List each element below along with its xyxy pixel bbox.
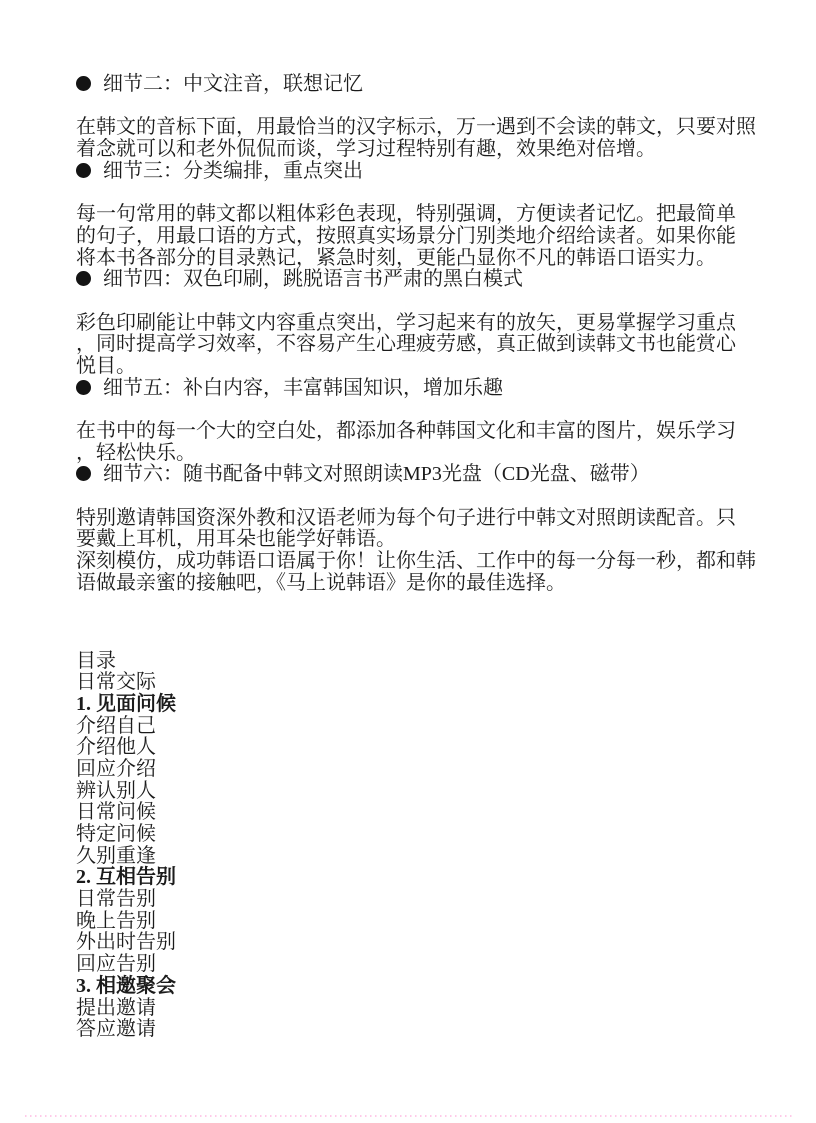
toc-item: 介绍自己 <box>76 716 756 738</box>
body-text-line: ，同时提高学习效率，不容易产生心理疲劳感，真正做到读韩文书也能赏心 <box>76 334 756 356</box>
document-page: 细节二：中文注音，联想记忆在韩文的音标下面，用最恰当的汉字标示，万一遇到不会读的… <box>0 0 816 1123</box>
bullet-heading: 细节五：补白内容，丰富韩国知识，增加乐趣 <box>76 378 756 400</box>
document-body: 细节二：中文注音，联想记忆在韩文的音标下面，用最恰当的汉字标示，万一遇到不会读的… <box>76 74 756 1041</box>
toc-item: 日常问候 <box>76 802 756 824</box>
body-text-line: 深刻模仿，成功韩语口语属于你！让你生活、工作中的每一分每一秒，都和韩 <box>76 551 756 573</box>
body-text-line: 彩色印刷能让中韩文内容重点突出，学习起来有的放矢，更易掌握学习重点 <box>76 313 756 335</box>
toc-item: 提出邀请 <box>76 998 756 1020</box>
body-text-line: 语做最亲蜜的接触吧，《马上说韩语》是你的最佳选择。 <box>76 573 756 595</box>
bullet-icon <box>76 380 91 395</box>
dotted-divider <box>25 1115 793 1117</box>
bullet-heading: 细节四：双色印刷，跳脱语言书严肃的黑白模式 <box>76 269 756 291</box>
bullet-icon <box>76 271 91 286</box>
bullet-icon <box>76 76 91 91</box>
toc-section-heading: 3. 相邀聚会 <box>76 976 756 998</box>
blank-line <box>76 486 756 508</box>
bullet-icon <box>76 466 91 481</box>
blank-line <box>76 182 756 204</box>
body-text-line: 每一句常用的韩文都以粗体彩色表现，特别强调，方便读者记忆。把最简单 <box>76 204 756 226</box>
toc-item: 回应介绍 <box>76 759 756 781</box>
body-text-line: 在韩文的音标下面，用最恰当的汉字标示，万一遇到不会读的韩文，只要对照 <box>76 117 756 139</box>
toc-section-heading: 2. 互相告别 <box>76 867 756 889</box>
blank-line <box>76 96 756 118</box>
toc-item: 介绍他人 <box>76 737 756 759</box>
toc-item: 日常交际 <box>76 672 756 694</box>
toc-item: 答应邀请 <box>76 1019 756 1041</box>
bullet-heading: 细节二：中文注音，联想记忆 <box>76 74 756 96</box>
body-text-line: 特别邀请韩国资深外教和汉语老师为每个句子进行中韩文对照朗读配音。只 <box>76 508 756 530</box>
body-text-line: 要戴上耳机，用耳朵也能学好韩语。 <box>76 529 756 551</box>
toc-item: 特定问候 <box>76 824 756 846</box>
toc-item: 晚上告别 <box>76 911 756 933</box>
toc-item: 回应告别 <box>76 954 756 976</box>
toc-item: 目录 <box>76 651 756 673</box>
toc-item: 辨认别人 <box>76 781 756 803</box>
body-text-line: ，轻松快乐。 <box>76 443 756 465</box>
bullet-heading-label: 细节五：补白内容，丰富韩国知识，增加乐趣 <box>103 377 503 399</box>
bullet-heading-label: 细节六：随书配备中韩文对照朗读MP3光盘（CD光盘、磁带） <box>103 463 650 485</box>
section-gap <box>76 595 756 651</box>
bullet-heading-label: 细节三：分类编排，重点突出 <box>103 160 363 182</box>
toc-item: 日常告别 <box>76 889 756 911</box>
body-text-line: 将本书各部分的目录熟记，紧急时刻，更能凸显你不凡的韩语口语实力。 <box>76 248 756 270</box>
body-text-line: 着念就可以和老外侃侃而谈，学习过程特别有趣，效果绝对倍增。 <box>76 139 756 161</box>
bullet-heading-label: 细节四：双色印刷，跳脱语言书严肃的黑白模式 <box>103 268 523 290</box>
blank-line <box>76 291 756 313</box>
toc-item: 外出时告别 <box>76 932 756 954</box>
bullet-heading: 细节三：分类编排，重点突出 <box>76 161 756 183</box>
bullet-heading: 细节六：随书配备中韩文对照朗读MP3光盘（CD光盘、磁带） <box>76 464 756 486</box>
bullet-heading-label: 细节二：中文注音，联想记忆 <box>103 73 363 95</box>
body-text-line: 在书中的每一个大的空白处，都添加各种韩国文化和丰富的图片，娱乐学习 <box>76 421 756 443</box>
body-text-line: 的句子，用最口语的方式，按照真实场景分门别类地介绍给读者。如果你能 <box>76 226 756 248</box>
toc-section-heading: 1. 见面问候 <box>76 694 756 716</box>
body-text-line: 悦目。 <box>76 356 756 378</box>
blank-line <box>76 399 756 421</box>
bullet-icon <box>76 163 91 178</box>
toc-item: 久别重逢 <box>76 846 756 868</box>
